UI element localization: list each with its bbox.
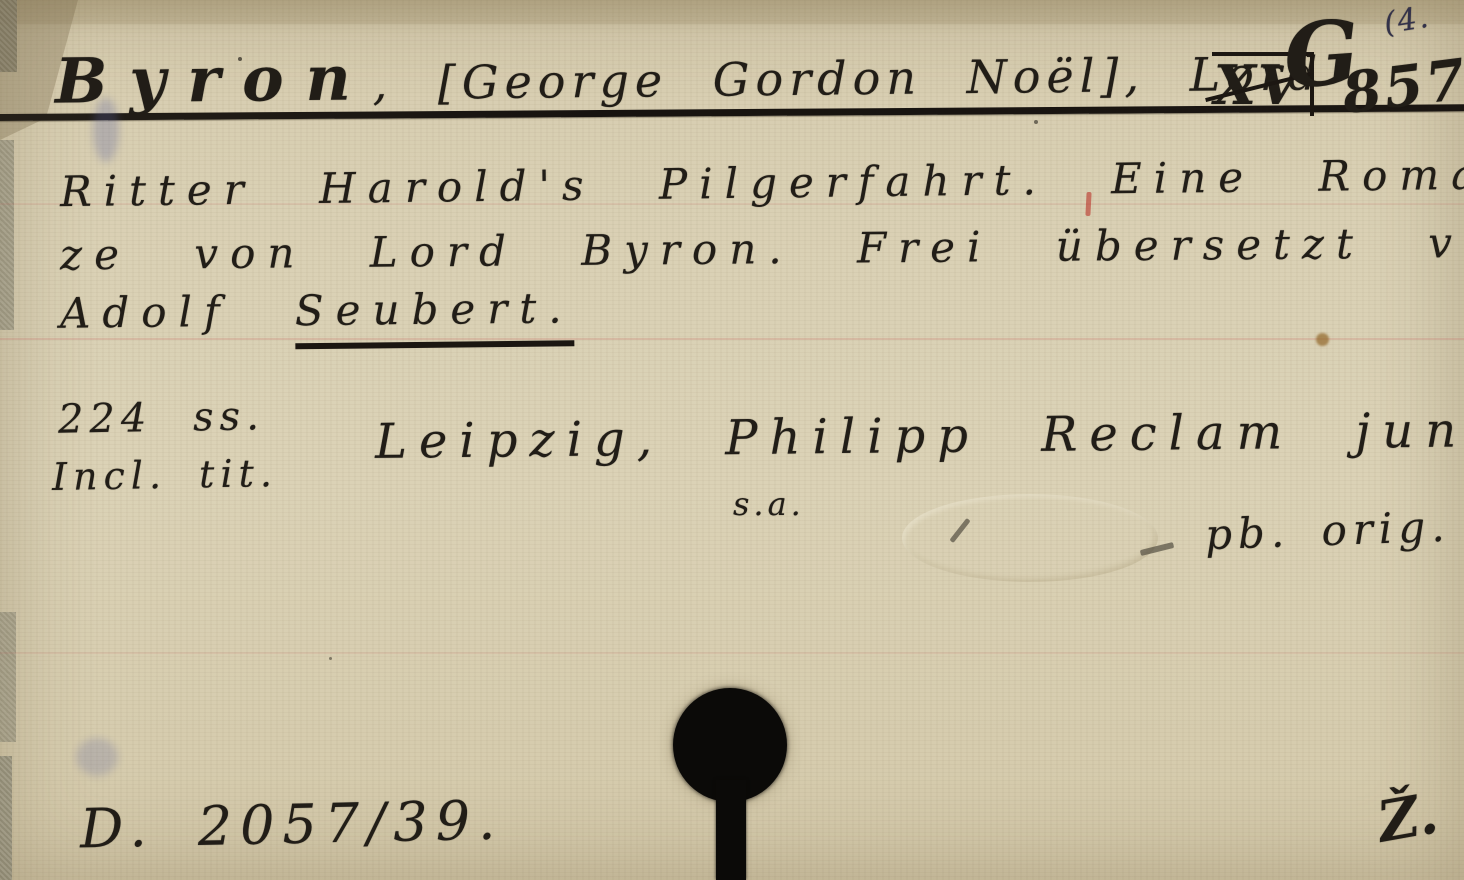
imprint-place-publisher: Leipzig, Philipp Reclam jun. xyxy=(375,406,1464,466)
red-ink-tick xyxy=(1085,192,1091,216)
brown-stain xyxy=(1316,333,1329,346)
accession-number: D. 2057/39. xyxy=(79,794,503,857)
ink-speck xyxy=(1034,120,1038,124)
scan-edge-artifact xyxy=(0,756,12,880)
faint-ruled-line xyxy=(0,652,1464,654)
ink-speck xyxy=(329,657,332,660)
author-full-name: , [George Gordon Noël], Lord xyxy=(372,46,1323,110)
imprint-date: s.a. xyxy=(733,488,805,520)
collation-note: Incl. tit. xyxy=(52,454,278,496)
scan-edge-artifact xyxy=(0,140,14,330)
card-top-shading xyxy=(0,0,1464,24)
punch-hole-slot xyxy=(716,780,746,880)
title-line-2: ze von Lord Byron. Frei übersetzt von xyxy=(60,222,1464,277)
author-heading: Byron, [George Gordon Noël], Lord xyxy=(55,37,1324,112)
library-catalog-card-scan: Byron, [George Gordon Noël], Lord (4. XV… xyxy=(0,0,1464,880)
embossed-stamp-remnant xyxy=(902,494,1158,582)
faint-ruled-line xyxy=(0,338,1464,340)
corner-pencil-mark: (4. xyxy=(1382,3,1432,40)
binding-note: pb. orig. xyxy=(1204,506,1451,557)
page-count: 224 ss. xyxy=(58,396,266,440)
scan-edge-artifact xyxy=(0,612,16,742)
blue-ink-smudge xyxy=(93,98,119,162)
ink-speck xyxy=(238,57,242,61)
blue-ink-smudge xyxy=(76,738,118,776)
cataloger-initials: Ž. xyxy=(1374,785,1442,850)
title-line-3: Adolf Seubert. xyxy=(60,287,574,334)
translator-surname-underlined: Seubert. xyxy=(295,283,574,349)
translator-first-name: Adolf xyxy=(60,286,295,337)
